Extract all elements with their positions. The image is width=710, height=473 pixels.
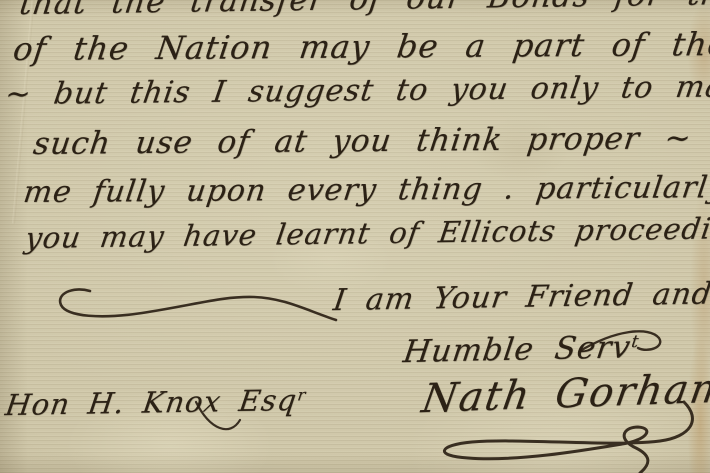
closing-servant-text: Humble Serv — [401, 329, 633, 370]
letter-line-2-pre: of the Nation may be a part of the — [11, 25, 710, 68]
manuscript-letter-photo: that the transfer of our Bonds for the b… — [0, 0, 710, 473]
letter-line-5: me fully upon every thing . particularly… — [21, 169, 710, 210]
addressee-text: Hon H. Knox Esq — [3, 383, 299, 422]
closing-friend-line: I am Your Friend and — [331, 276, 710, 318]
closing-servant-line: Humble Servt — [401, 329, 641, 370]
letter-line-3: ~ but this I suggest to you only to make — [3, 69, 710, 112]
letter-line-2: of the Nation may be a part of theLandpl… — [11, 24, 710, 68]
letter-line-4: such use of at you think proper ~ do wri… — [31, 119, 710, 162]
addressee-line: Hon H. Knox Esqr — [3, 383, 308, 422]
